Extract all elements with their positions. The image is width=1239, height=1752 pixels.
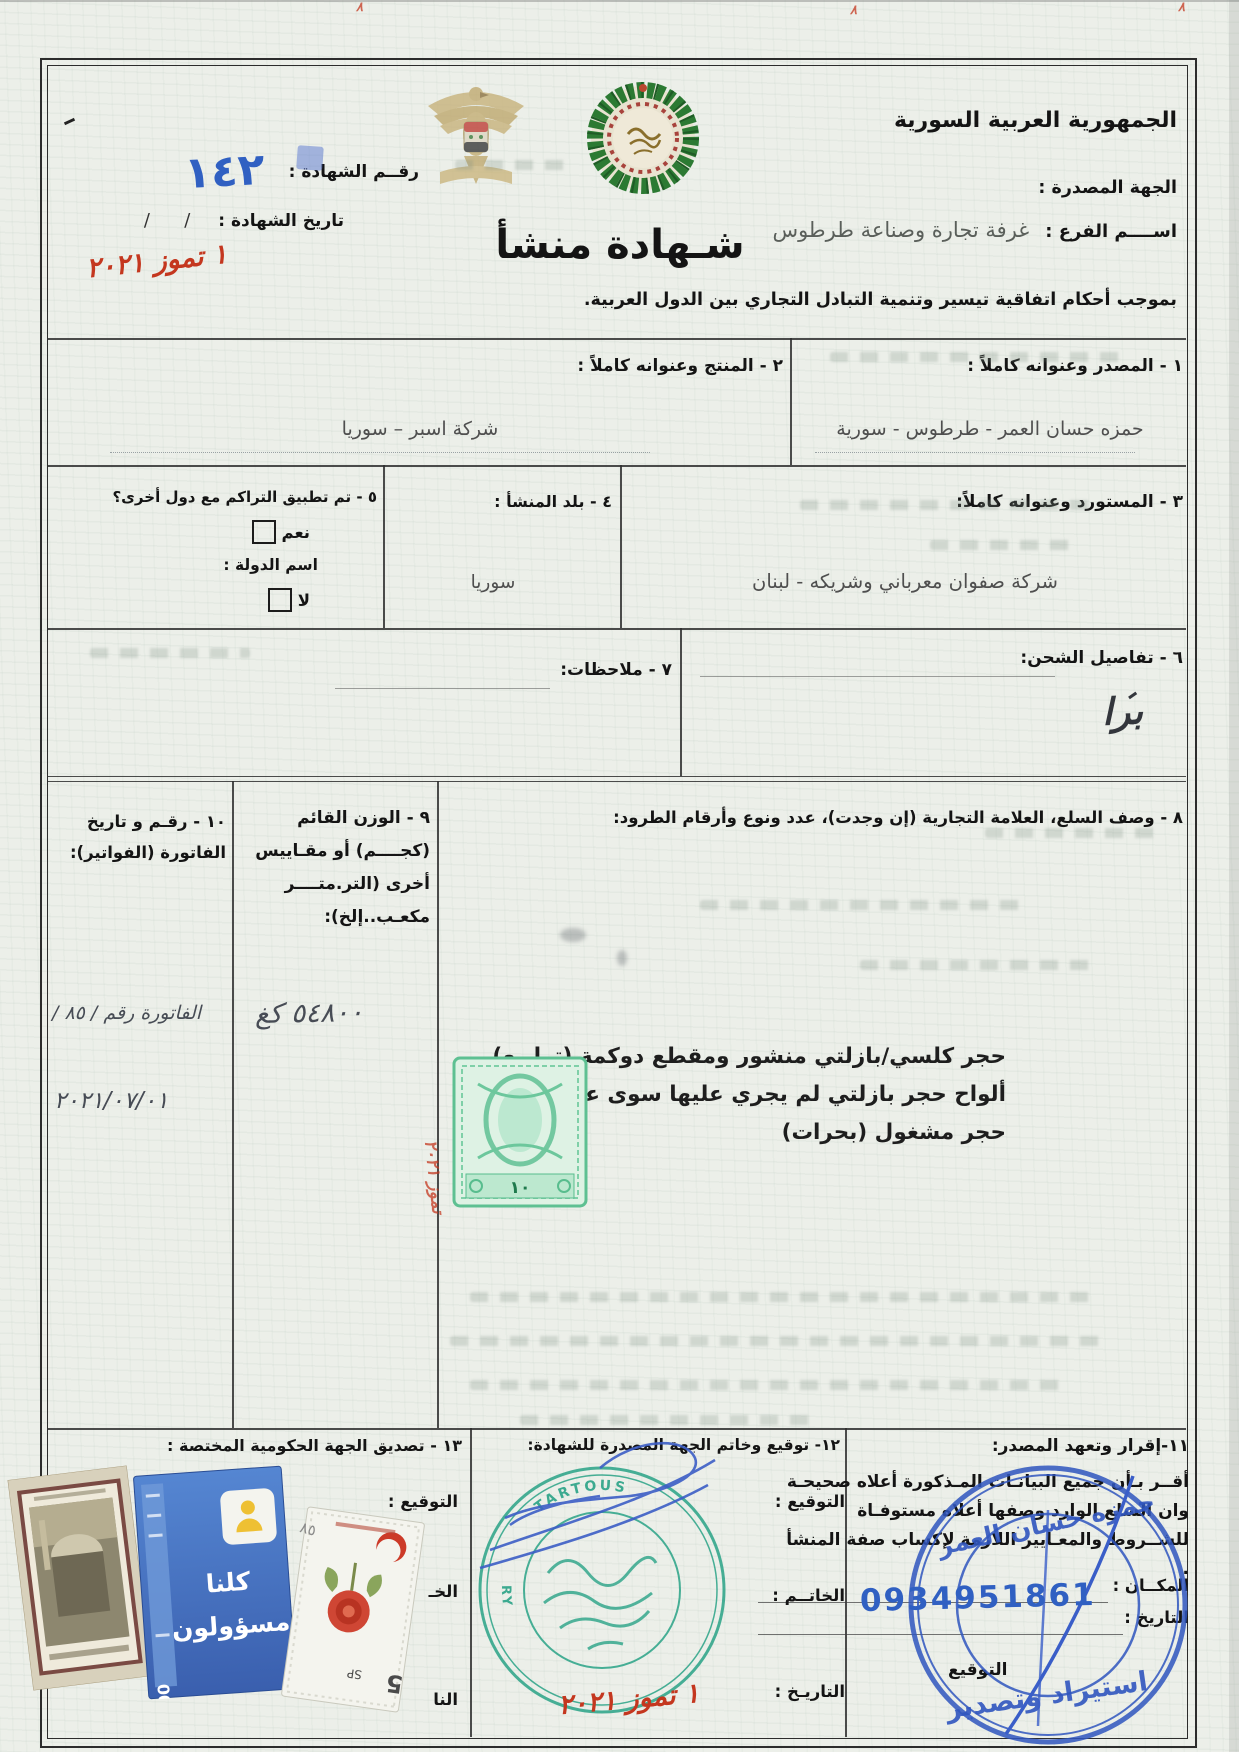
cert-date-value: / / (144, 210, 190, 231)
postage-stamp-monument (8, 1465, 153, 1690)
cumulation-yes-row: نعم (252, 520, 310, 544)
branch-value: غرفة تجارة وصناعة طرطوس (772, 218, 1029, 242)
country-title: الجمهورية العربية السورية (894, 108, 1177, 133)
divider-line (790, 338, 792, 465)
divider-line (47, 465, 1186, 467)
cert-date-label: تاريخ الشهادة : (218, 211, 344, 231)
scan-edge-top (0, 0, 1239, 2)
shipping-mode-value: برا (1101, 689, 1143, 733)
rule-line (700, 676, 1055, 677)
ghost-bleed (470, 1380, 1070, 1390)
dotted-line (110, 452, 650, 453)
ghost-bleed (700, 900, 1030, 910)
goods-description-label: ٨ - وصف السلع، العلامة التجارية (إن وجدت… (613, 808, 1183, 827)
postage-stamp-solidarity: كلنا مسؤولون 100 (132, 1465, 297, 1700)
exporter-stamp-trade: استيراد وتصدير (942, 1666, 1150, 1725)
rose-stamp-currency: SP (346, 1666, 363, 1682)
doc-title: شـهادة منشأ (495, 222, 745, 268)
exporter-value: حمزه حسان العمر - طرطوس - سورية (795, 418, 1185, 440)
signature-label: التوقيع : (388, 1492, 458, 1511)
ghost-bleed (985, 828, 1160, 838)
registration-mark: ٨ (850, 3, 857, 18)
scan-edge-right (1229, 0, 1239, 1752)
divider-line (47, 776, 1186, 777)
signature-label: التوقيع : (775, 1492, 845, 1511)
branch-label: اســــم الفرع : (1045, 221, 1177, 242)
origin-country-label: ٤ - بلد المنشأ : (494, 492, 612, 511)
government-endorsement-label: ١٣ - تصديق الجهة الحكومية المختصة : (167, 1436, 462, 1455)
issuer-signature (450, 1430, 730, 1580)
ghost-bleed (90, 648, 250, 658)
ghost-bleed (860, 960, 1100, 970)
branch-row: اســــم الفرع : غرفة تجارة وصناعة طرطوس (772, 218, 1177, 242)
divider-line (620, 465, 622, 628)
ghost-bleed (930, 540, 1080, 550)
producer-value: شركة اسبر – سوريا (70, 418, 770, 440)
ghost-bleed (450, 1336, 1110, 1346)
shipping-details-label: ٦ - تفاصيل الشحن: (1020, 648, 1183, 668)
divider-line (680, 628, 682, 776)
registration-mark: ٨ (1178, 0, 1185, 15)
declaration-label: ١١-إقرار وتعهد المصدر: (992, 1436, 1189, 1456)
divider-line (383, 465, 385, 628)
syria-eagle-emblem (420, 72, 532, 194)
seal-label-partial: الخـ (429, 1582, 458, 1601)
divider-line (437, 781, 439, 1428)
arab-league-logo (584, 76, 702, 200)
ghost-bleed (455, 160, 575, 170)
divider-line (47, 781, 1186, 782)
invoice-label: ١٠ - رقـم و تاريخ الفاتورة (الفواتير): (54, 806, 226, 868)
cert-date-row: تاريخ الشهادة : / / (144, 210, 344, 231)
dotted-line (815, 452, 1135, 453)
no-label: لا (298, 591, 310, 610)
importer-value: شركة صفوان معرباني وشريكه - لبنان (625, 570, 1185, 593)
divider-line (232, 781, 234, 1428)
ink-smudge (296, 145, 324, 171)
no-checkbox (268, 588, 292, 612)
weight-value: ٥٤٨٠٠ كغ (255, 997, 364, 1030)
solidarity-stamp-value: 100 (154, 1683, 175, 1700)
rule-line (335, 688, 550, 689)
weight-label: ٩ - الوزن القائم (كجــــم) أو مقـاييس أخ… (240, 802, 430, 934)
ghost-bleed (830, 352, 1120, 362)
solidarity-stamp-word1: كلنا (205, 1567, 252, 1599)
divider-line (47, 338, 1186, 340)
ghost-bleed (470, 1292, 1090, 1302)
cumulation-no-row: لا (268, 588, 310, 612)
cumulation-label: ٥ - تم تطبيق التراكم مع دول أخرى؟ (112, 488, 377, 506)
remarks-label: ٧ - ملاحظات: (560, 660, 672, 680)
certificate-of-origin-scan: ٨ ٨ ٨ الجمهورية العربية السورية الجهة ال… (0, 0, 1239, 1752)
state-name-label: اسم الدولة : (223, 556, 318, 574)
phone-number-handwritten: 0934951861 (860, 1577, 1097, 1619)
yes-checkbox (252, 520, 276, 544)
date-label-partial: النا (433, 1690, 458, 1709)
invoice-number-value: الفاتورة رقم / ٨٥ / (52, 1002, 201, 1024)
invoice-date-value: ٢٠٢١/٠٧/٠١ (54, 1088, 168, 1114)
doc-subtitle: بموجب أحكام اتفاقية تيسير وتنمية التبادل… (584, 290, 1177, 310)
ink-smudge (617, 950, 627, 966)
yes-label: نعم (282, 523, 310, 542)
seal-label: الخاتــم : (772, 1586, 845, 1605)
divider-line (47, 628, 1186, 630)
issuing-body-label: الجهة المصدرة : (1038, 178, 1177, 198)
revenue-stamp: ١٠ (452, 1056, 588, 1208)
ghost-bleed (520, 1415, 820, 1425)
ink-smudge (560, 928, 586, 942)
registration-mark: ٨ (356, 0, 363, 15)
origin-country-value: سوريا (388, 572, 598, 593)
ghost-bleed (800, 500, 1100, 510)
producer-label: ٢ - المنتج وعنوانه كاملاً : (577, 356, 783, 376)
revenue-stamp-value: ١٠ (510, 1178, 531, 1198)
date-label: التاريـخ : (775, 1682, 845, 1701)
cert-number-value: ١٤٢ (183, 144, 266, 199)
